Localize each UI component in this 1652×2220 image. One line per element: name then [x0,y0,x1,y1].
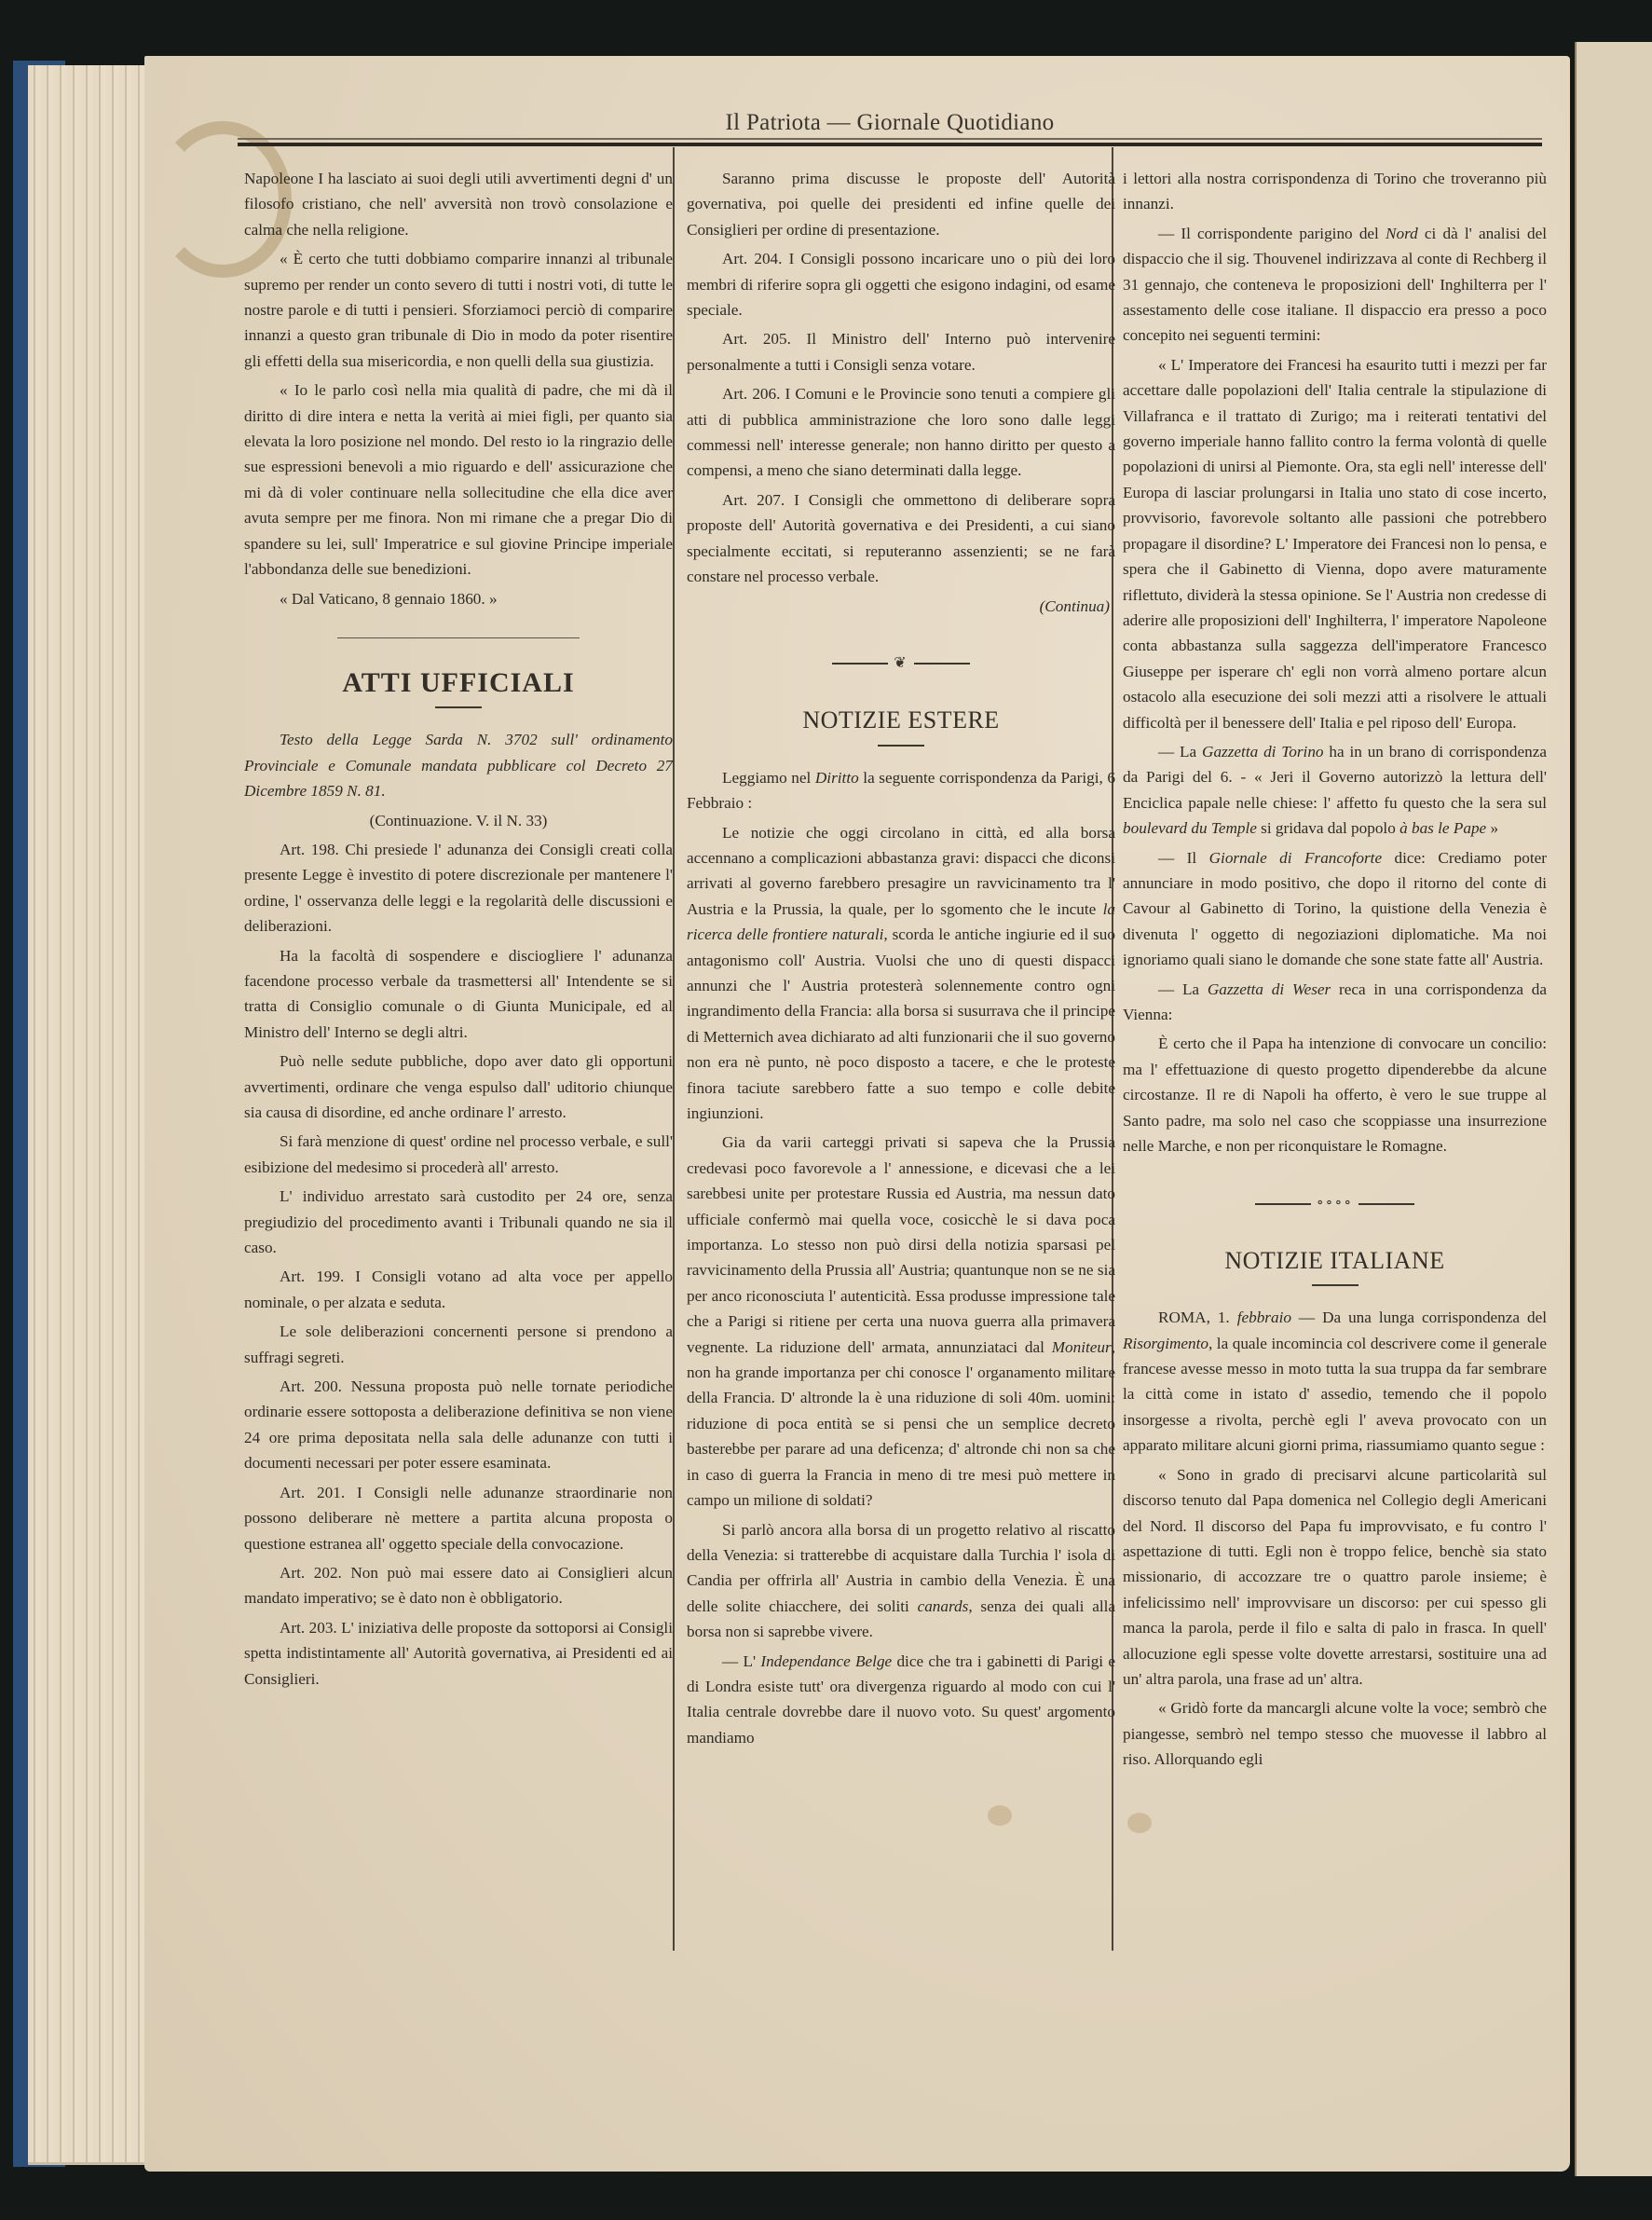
article-206: Art. 206. I Comuni e le Provincie sono t… [687,381,1115,484]
italic-text: à bas le Pape [1399,819,1486,837]
section-title-notizie-estere: NOTIZIE ESTERE [687,707,1115,733]
column-3: i lettori alla nostra corrispondenza di … [1123,166,1547,1773]
article-paragraph: Saranno prima discusse le proposte dell'… [687,166,1115,242]
paragraph: « È certo che tutti dobbiamo comparire i… [244,246,673,374]
article-paragraph: Ha la facoltà di sospendere e discioglie… [244,943,673,1046]
article-200: Art. 200. Nessuna proposta può nelle tor… [244,1374,673,1476]
text: — L' [722,1652,760,1670]
dateline: « Dal Vaticano, 8 gennaio 1860. » [244,586,673,611]
text: , scorda le antiche ingiurie ed il suo a… [687,925,1115,1122]
news-paragraph: — La Gazzetta di Torino ha in un brano d… [1123,739,1547,842]
article-204: Art. 204. I Consigli possono incaricare … [687,246,1115,322]
text: — Il corrispondente parigino del [1158,225,1386,242]
section-title-atti-ufficiali: ATTI UFFICIALI [244,670,673,695]
article-paragraph: Può nelle sedute pubbliche, dopo aver da… [244,1048,673,1125]
source-name: Gazzetta di Torino [1202,743,1323,761]
paragraph: « Io le parlo così nella mia qualità di … [244,377,673,582]
section-rule [337,637,580,638]
source-name: Moniteur [1052,1338,1112,1356]
article-205: Art. 205. Il Ministro dell' Interno può … [687,326,1115,377]
article-198: Art. 198. Chi presiede l' adunanza dei C… [244,837,673,939]
italic-text: boulevard du Temple [1123,819,1257,837]
continua-note: (Continua) [687,594,1110,619]
paragraph: Napoleone I ha lasciato ai suoi degli ut… [244,166,673,242]
source-name: Independance Belge [760,1652,892,1670]
page-stack-edge [28,65,149,2165]
text: ci dà l' analisi del dispaccio che il si… [1123,225,1547,345]
source-name: Nord [1386,225,1418,242]
news-paragraph: — L' Independance Belge dice che tra i g… [687,1649,1115,1751]
source-name: Diritto [815,769,859,787]
text: — La [1158,743,1202,761]
italic-text: febbraio [1237,1309,1291,1326]
article-202: Art. 202. Non può mai essere dato ai Con… [244,1560,673,1611]
article-199: Art. 199. I Consigli votano ad alta voce… [244,1264,673,1315]
article-paragraph: Si farà menzione di quest' ordine nel pr… [244,1129,673,1180]
text: — La [1158,980,1208,998]
column-divider [673,147,675,1951]
news-intro: Leggiamo nel Diritto la seguente corrisp… [687,765,1115,816]
news-paragraph-roma: ROMA, 1. febbraio — Da una lunga corrisp… [1123,1305,1547,1458]
title-rule [1312,1284,1358,1286]
paper-stain [988,1805,1012,1826]
column-2: Saranno prima discusse le proposte dell'… [687,166,1115,1750]
continuation-note: (Continuazione. V. il N. 33) [244,808,673,833]
text: Gia da varii carteggi privati si sapeva … [687,1133,1115,1355]
article-203: Art. 203. L' iniziativa delle proposte d… [244,1615,673,1692]
news-paragraph: — Il corrispondente parigino del Nord ci… [1123,221,1547,349]
title-rule [435,706,482,708]
italic-text: canards [918,1597,969,1615]
column-1: Napoleone I ha lasciato ai suoi degli ut… [244,166,673,1692]
news-paragraph: — Il Giornale di Francoforte dice: Credi… [1123,845,1547,973]
source-name: Giornale di Francoforte [1209,849,1382,867]
article-207: Art. 207. I Consigli che ommettono di de… [687,487,1115,590]
text: » [1486,819,1498,837]
news-paragraph: Le notizie che oggi circolano in città, … [687,820,1115,1127]
adjacent-page-edge [1575,42,1652,2176]
news-paragraph: i lettori alla nostra corrispondenza di … [1123,166,1547,217]
article-paragraph: Le sole deliberazioni concernenti person… [244,1319,673,1370]
news-paragraph: — La Gazzetta di Weser reca in una corri… [1123,977,1547,1028]
quoted-paragraph: « Sono in grado di precisarvi alcune par… [1123,1462,1547,1692]
source-name: Risorgimento [1123,1335,1208,1352]
text: Leggiamo nel [722,769,815,787]
dateline: ROMA, 1. [1158,1309,1237,1326]
quoted-paragraph: « Gridò forte da mancargli alcune volte … [1123,1695,1547,1772]
text: — Il [1158,849,1209,867]
article-paragraph: L' individuo arrestato sarà custodito pe… [244,1184,673,1260]
title-rule [878,745,924,747]
article-201: Art. 201. I Consigli nelle adunanze stra… [244,1480,673,1556]
ornament-divider-icon: ❦ [687,651,1115,676]
news-paragraph: Gia da varii carteggi privati si sapeva … [687,1130,1115,1513]
text: Le notizie che oggi circolano in città, … [687,824,1115,918]
text: si gridava dal popolo [1257,819,1399,837]
quoted-dispatch: « L' Imperatore dei Francesi ha esaurito… [1123,352,1547,735]
paper-stain [1127,1813,1152,1833]
text: , non ha grande importanza per chi conos… [687,1338,1115,1509]
news-paragraph: Si parlò ancora alla borsa di un progett… [687,1517,1115,1645]
section-title-notizie-italiane: NOTIZIE ITALIANE [1123,1248,1547,1273]
masthead-rule [238,138,1542,146]
source-name: Gazzetta di Weser [1208,980,1331,998]
masthead-title: Il Patriota — Giornale Quotidiano [238,110,1542,138]
text: — Da una lunga corrispondenza del [1291,1309,1547,1326]
ornament-divider-icon: ∘∘∘∘ [1123,1190,1547,1215]
news-paragraph: È certo che il Papa ha intenzione di con… [1123,1031,1547,1158]
law-heading: Testo della Legge Sarda N. 3702 sull' or… [244,727,673,803]
